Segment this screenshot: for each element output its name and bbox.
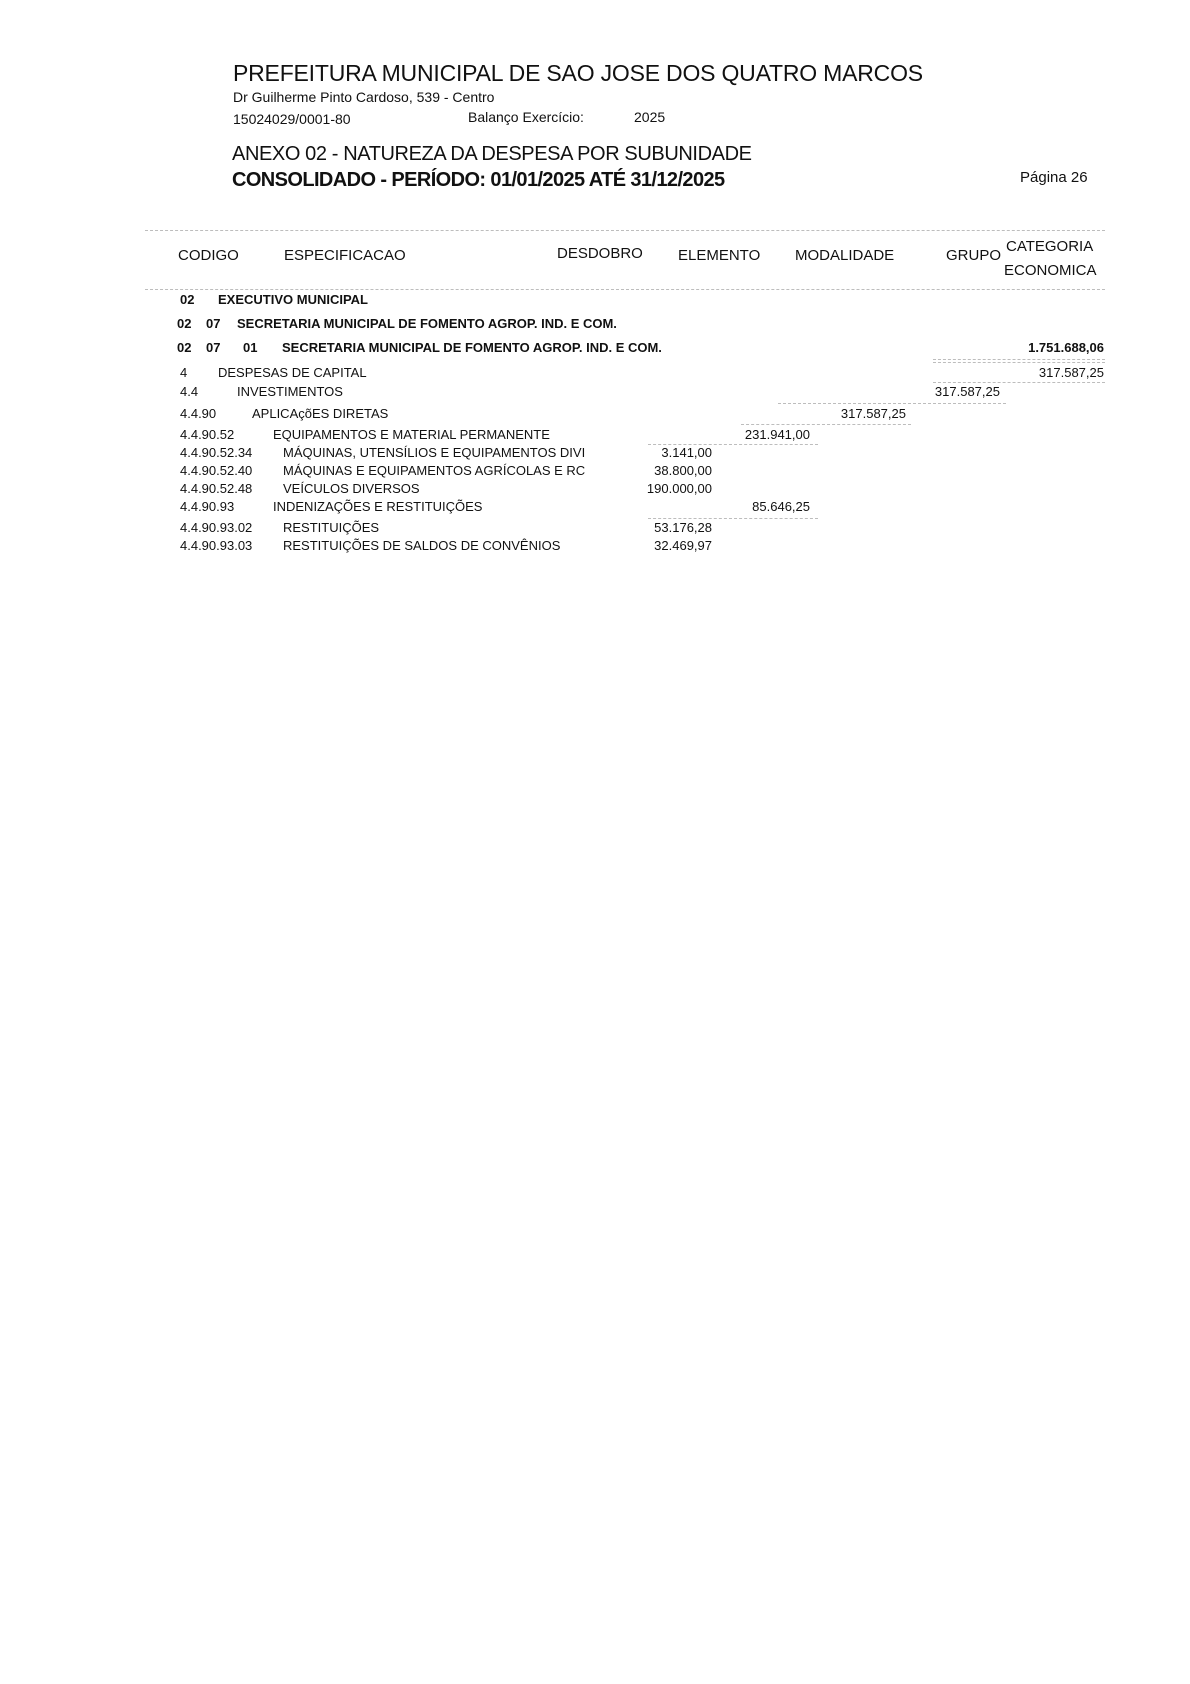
- row-desdobro-value: 53.176,28: [654, 520, 712, 535]
- unidade-code-2: 07: [206, 316, 220, 331]
- divider: [145, 289, 1105, 290]
- col-grupo: GRUPO: [946, 247, 1001, 264]
- divider: [933, 359, 1105, 360]
- row-desdobro-value: 38.800,00: [654, 463, 712, 478]
- report-period: CONSOLIDADO - PERÍODO: 01/01/2025 ATÉ 31…: [232, 169, 725, 192]
- row-code: 4.4: [180, 384, 198, 399]
- subunidade-total: 1.751.688,06: [1028, 340, 1104, 355]
- row-code: 4.4.90.52.40: [180, 463, 252, 478]
- balance-label: Balanço Exercício:: [468, 109, 584, 125]
- balance-year: 2025: [634, 109, 665, 125]
- row-description: APLICAçõES DIRETAS: [252, 406, 388, 421]
- divider: [741, 424, 911, 425]
- row-desdobro-value: 3.141,00: [661, 445, 712, 460]
- col-desdobro: DESDOBRO: [557, 245, 643, 262]
- col-categoria: CATEGORIA: [1006, 238, 1093, 255]
- row-elemento-value: 85.646,25: [752, 499, 810, 514]
- row-code: 4.4.90.93.03: [180, 538, 252, 553]
- divider: [648, 518, 818, 519]
- row-description: RESTITUIÇÕES: [283, 520, 379, 535]
- row-description: EQUIPAMENTOS E MATERIAL PERMANENTE: [273, 427, 550, 442]
- row-code: 4.4.90.93: [180, 499, 234, 514]
- divider: [778, 403, 1006, 404]
- orgao-name: EXECUTIVO MUNICIPAL: [218, 292, 368, 307]
- divider: [933, 362, 1105, 363]
- col-economica: ECONOMICA: [1004, 262, 1097, 279]
- unidade-name: SECRETARIA MUNICIPAL DE FOMENTO AGROP. I…: [237, 316, 617, 331]
- row-code: 4.4.90.52: [180, 427, 234, 442]
- col-modalidade: MODALIDADE: [795, 247, 894, 264]
- row-code: 4: [180, 365, 187, 380]
- row-code: 4.4.90: [180, 406, 216, 421]
- orgao-code: 02: [180, 292, 194, 307]
- row-code: 4.4.90.52.48: [180, 481, 252, 496]
- row-elemento-value: 231.941,00: [745, 427, 810, 442]
- row-description: MÁQUINAS, UTENSÍLIOS E EQUIPAMENTOS DIVI: [283, 445, 585, 460]
- row-code: 4.4.90.52.34: [180, 445, 252, 460]
- row-description: MÁQUINAS E EQUIPAMENTOS AGRÍCOLAS E RC: [283, 463, 585, 478]
- row-categoria-value: 317.587,25: [1039, 365, 1104, 380]
- row-modalidade-value: 317.587,25: [841, 406, 906, 421]
- subunidade-code-1: 02: [177, 340, 191, 355]
- municipality-title: PREFEITURA MUNICIPAL DE SAO JOSE DOS QUA…: [233, 60, 923, 87]
- address: Dr Guilherme Pinto Cardoso, 539 - Centro: [233, 89, 494, 105]
- divider: [648, 444, 818, 445]
- subunidade-name: SECRETARIA MUNICIPAL DE FOMENTO AGROP. I…: [282, 340, 662, 355]
- col-elemento: ELEMENTO: [678, 247, 760, 264]
- col-especificacao: ESPECIFICACAO: [284, 247, 406, 264]
- row-description: INDENIZAÇÕES E RESTITUIÇÕES: [273, 499, 482, 514]
- row-grupo-value: 317.587,25: [935, 384, 1000, 399]
- row-description: DESPESAS DE CAPITAL: [218, 365, 367, 380]
- subunidade-code-3: 01: [243, 340, 257, 355]
- row-code: 4.4.90.93.02: [180, 520, 252, 535]
- page-number: Página 26: [1020, 169, 1088, 186]
- row-description: RESTITUIÇÕES DE SALDOS DE CONVÊNIOS: [283, 538, 560, 553]
- report-title: ANEXO 02 - NATUREZA DA DESPESA POR SUBUN…: [232, 143, 752, 166]
- row-desdobro-value: 32.469,97: [654, 538, 712, 553]
- subunidade-code-2: 07: [206, 340, 220, 355]
- cnpj: 15024029/0001-80: [233, 111, 351, 127]
- col-codigo: CODIGO: [178, 247, 239, 264]
- row-description: INVESTIMENTOS: [237, 384, 343, 399]
- divider: [145, 230, 1105, 231]
- unidade-code-1: 02: [177, 316, 191, 331]
- row-desdobro-value: 190.000,00: [647, 481, 712, 496]
- divider: [933, 382, 1105, 383]
- row-description: VEÍCULOS DIVERSOS: [283, 481, 420, 496]
